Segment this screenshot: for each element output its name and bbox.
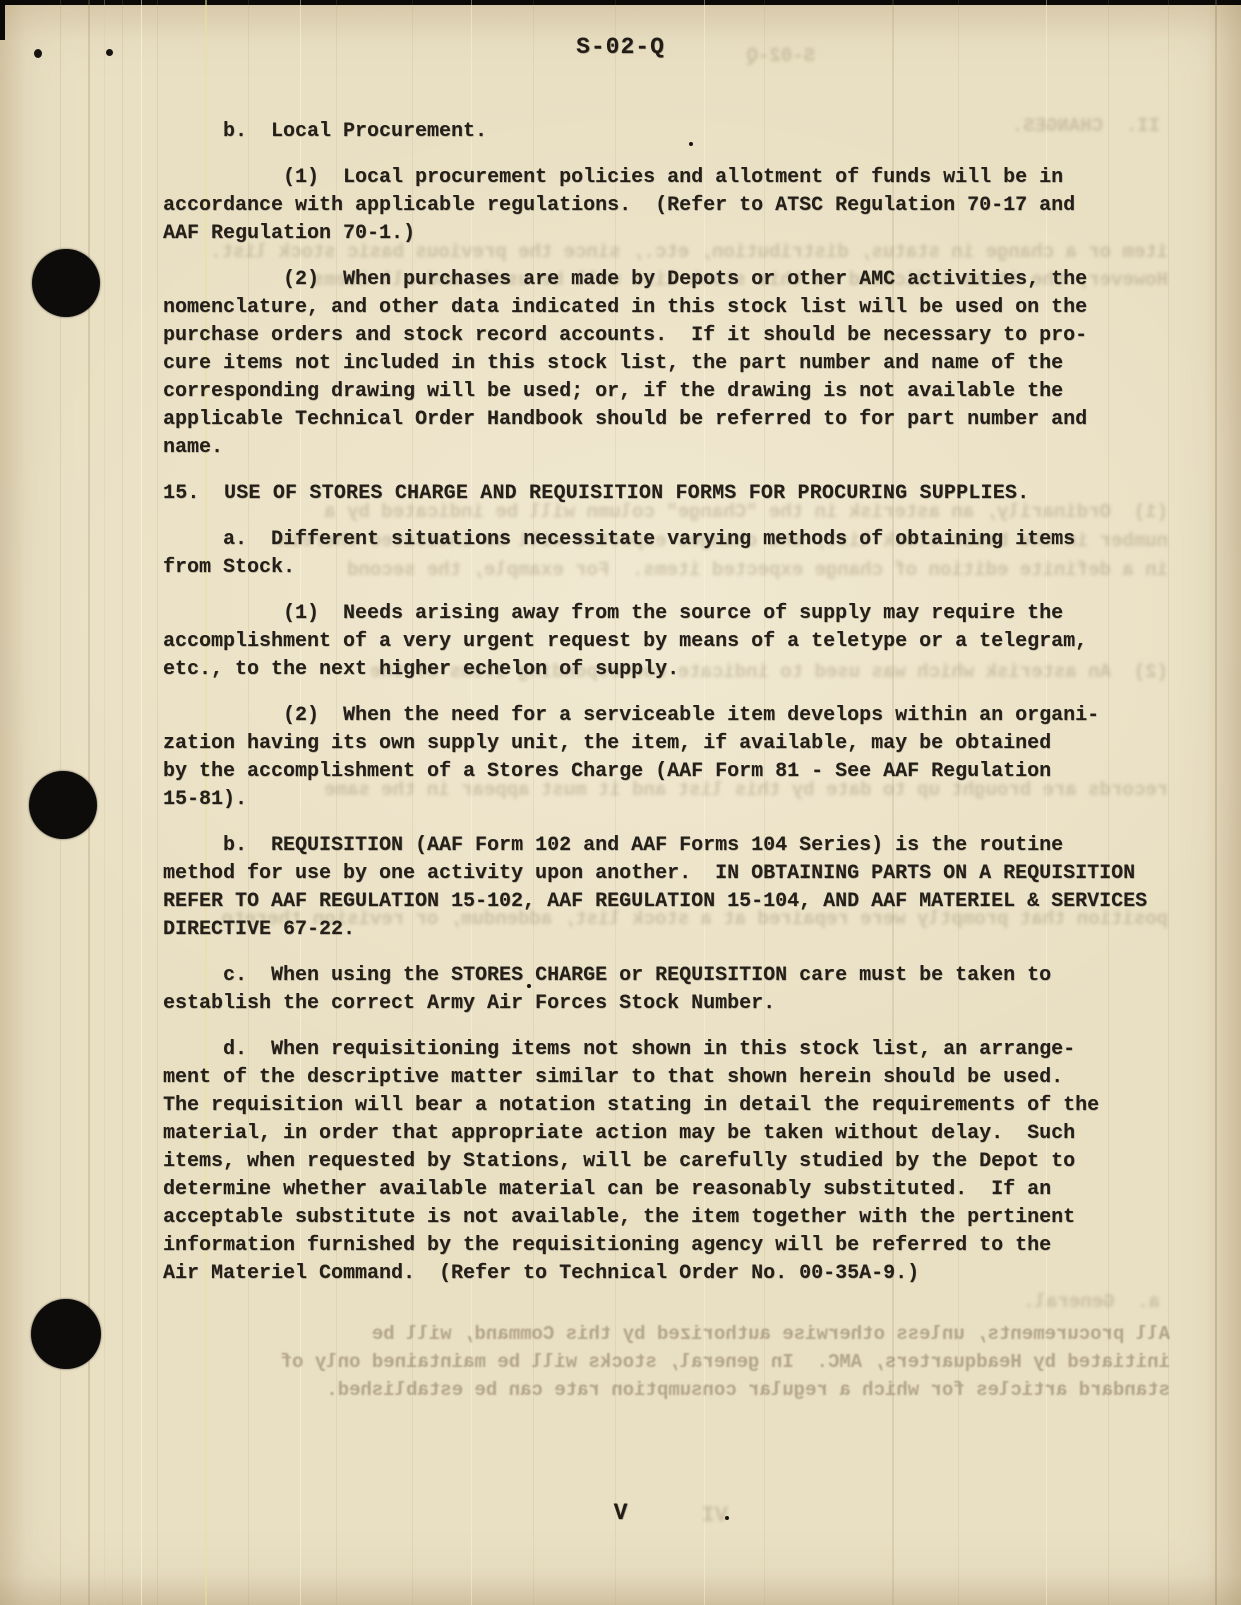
punch-hole-bottom bbox=[31, 1299, 101, 1369]
ghost-line: initiated by Headquarters, AMC. In gener… bbox=[170, 1348, 1170, 1376]
punch-hole-top bbox=[32, 249, 100, 317]
paragraph-b-local-procurement: b. Local Procurement. bbox=[163, 118, 1205, 146]
paper-streak bbox=[104, 0, 105, 1605]
ghost-line: standard articles for which a regular co… bbox=[170, 1376, 1170, 1404]
paragraph-15a2-serviceable-item: (2) When the need for a serviceable item… bbox=[163, 702, 1205, 814]
paragraph-b1-policies: (1) Local procurement policies and allot… bbox=[163, 164, 1205, 248]
scanned-document-page: S-02-Q II. CHANGES. item or a change in … bbox=[0, 0, 1241, 1605]
section-15-heading: 15. USE OF STORES CHARGE AND REQUISITION… bbox=[163, 480, 1205, 508]
paragraph-15a-situations: a. Different situations necessitate vary… bbox=[163, 526, 1205, 582]
document-body: b. Local Procurement. (1) Local procurem… bbox=[163, 118, 1205, 1306]
scan-border-top bbox=[0, 0, 1241, 5]
page-number: V bbox=[0, 1500, 1241, 1526]
paper-streak bbox=[122, 0, 123, 1605]
paper-streak bbox=[1215, 0, 1217, 1605]
punch-hole-middle bbox=[29, 771, 97, 839]
paragraph-b2-purchases: (2) When purchases are made by Depots or… bbox=[163, 266, 1205, 462]
paper-streak bbox=[141, 0, 142, 1605]
paper-streak bbox=[157, 0, 158, 1605]
document-code: S-02-Q bbox=[0, 34, 1241, 60]
paragraph-15c-stores-charge: c. When using the STORES CHARGE or REQUI… bbox=[163, 962, 1205, 1018]
ghost-line: All procurements, unless otherwise autho… bbox=[170, 1320, 1170, 1348]
paragraph-15d-requisitioning: d. When requisitioning items not shown i… bbox=[163, 1036, 1205, 1288]
paragraph-15b-requisition: b. REQUISITION (AAF Form 102 and AAF For… bbox=[163, 832, 1205, 944]
paragraph-15a1-needs: (1) Needs arising away from the source o… bbox=[163, 600, 1205, 684]
